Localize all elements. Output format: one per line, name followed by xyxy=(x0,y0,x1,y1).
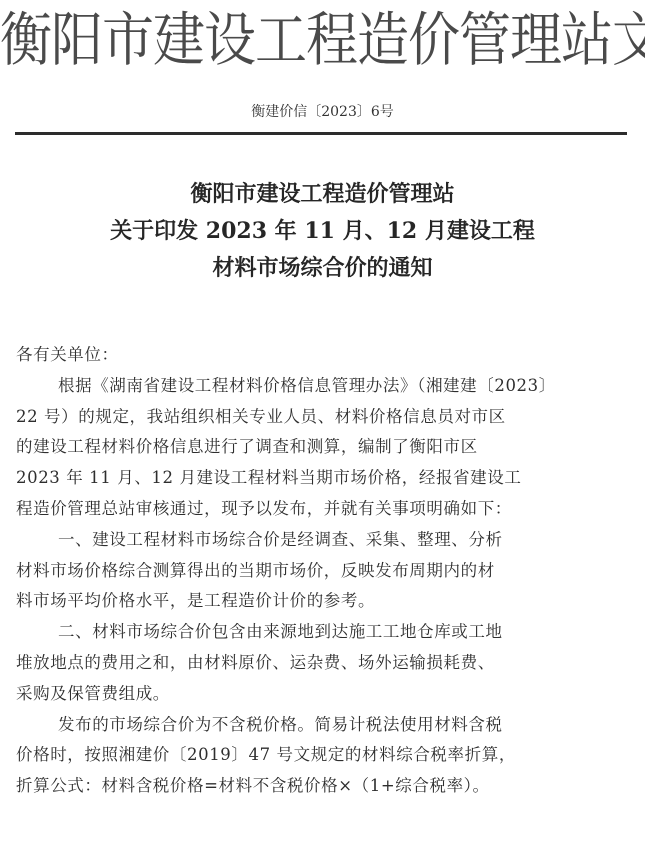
header-divider xyxy=(15,132,627,135)
body-line: 堆放地点的费用之和，由材料原价、运杂费、场外运输损耗费、 xyxy=(16,648,632,679)
title-line: 材料市场综合价的通知 xyxy=(0,250,645,287)
body-line: 根据《湖南省建设工程材料价格信息管理办法》（湘建建〔2023〕 xyxy=(16,371,632,402)
title-line: 衡阳市建设工程造价管理站 xyxy=(0,176,645,213)
document-number: 衡建价信〔2023〕6号 xyxy=(0,102,645,122)
body-line: 一、建设工程材料市场综合价是经调查、采集、整理、分析 xyxy=(16,525,632,556)
title-line: 关于印发 2023 年 11 月、12 月建设工程 xyxy=(0,213,645,250)
notice-body: 各有关单位： 根据《湖南省建设工程材料价格信息管理办法》（湘建建〔2023〕 2… xyxy=(16,340,632,802)
masthead-title: 衡阳市建设工程造价管理站文件 xyxy=(0,4,645,78)
body-line: 发布的市场综合价为不含税价格。简易计税法使用材料含税 xyxy=(16,710,632,741)
body-line: 采购及保管费组成。 xyxy=(16,679,632,710)
body-line: 价格时，按照湘建价〔2019〕47 号文规定的材料综合税率折算， xyxy=(16,740,632,771)
notice-title: 衡阳市建设工程造价管理站 关于印发 2023 年 11 月、12 月建设工程 材… xyxy=(0,176,645,287)
salutation: 各有关单位： xyxy=(16,340,632,371)
body-line: 料市场平均价格水平，是工程造价计价的参考。 xyxy=(16,586,632,617)
body-line: 折算公式：材料含税价格=材料不含税价格×（1+综合税率）。 xyxy=(16,771,632,802)
body-line: 程造价管理总站审核通过，现予以发布，并就有关事项明确如下： xyxy=(16,494,632,525)
body-line: 的建设工程材料价格信息进行了调查和测算，编制了衡阳市区 xyxy=(16,432,632,463)
body-line: 二、材料市场综合价包含由来源地到达施工工地仓库或工地 xyxy=(16,617,632,648)
body-line: 2023 年 11 月、12 月建设工程材料当期市场价格，经报省建设工 xyxy=(16,463,632,494)
body-line: 22 号）的规定，我站组织相关专业人员、材料价格信息员对市区 xyxy=(16,402,632,433)
body-line: 材料市场价格综合测算得出的当期市场价，反映发布周期内的材 xyxy=(16,556,632,587)
